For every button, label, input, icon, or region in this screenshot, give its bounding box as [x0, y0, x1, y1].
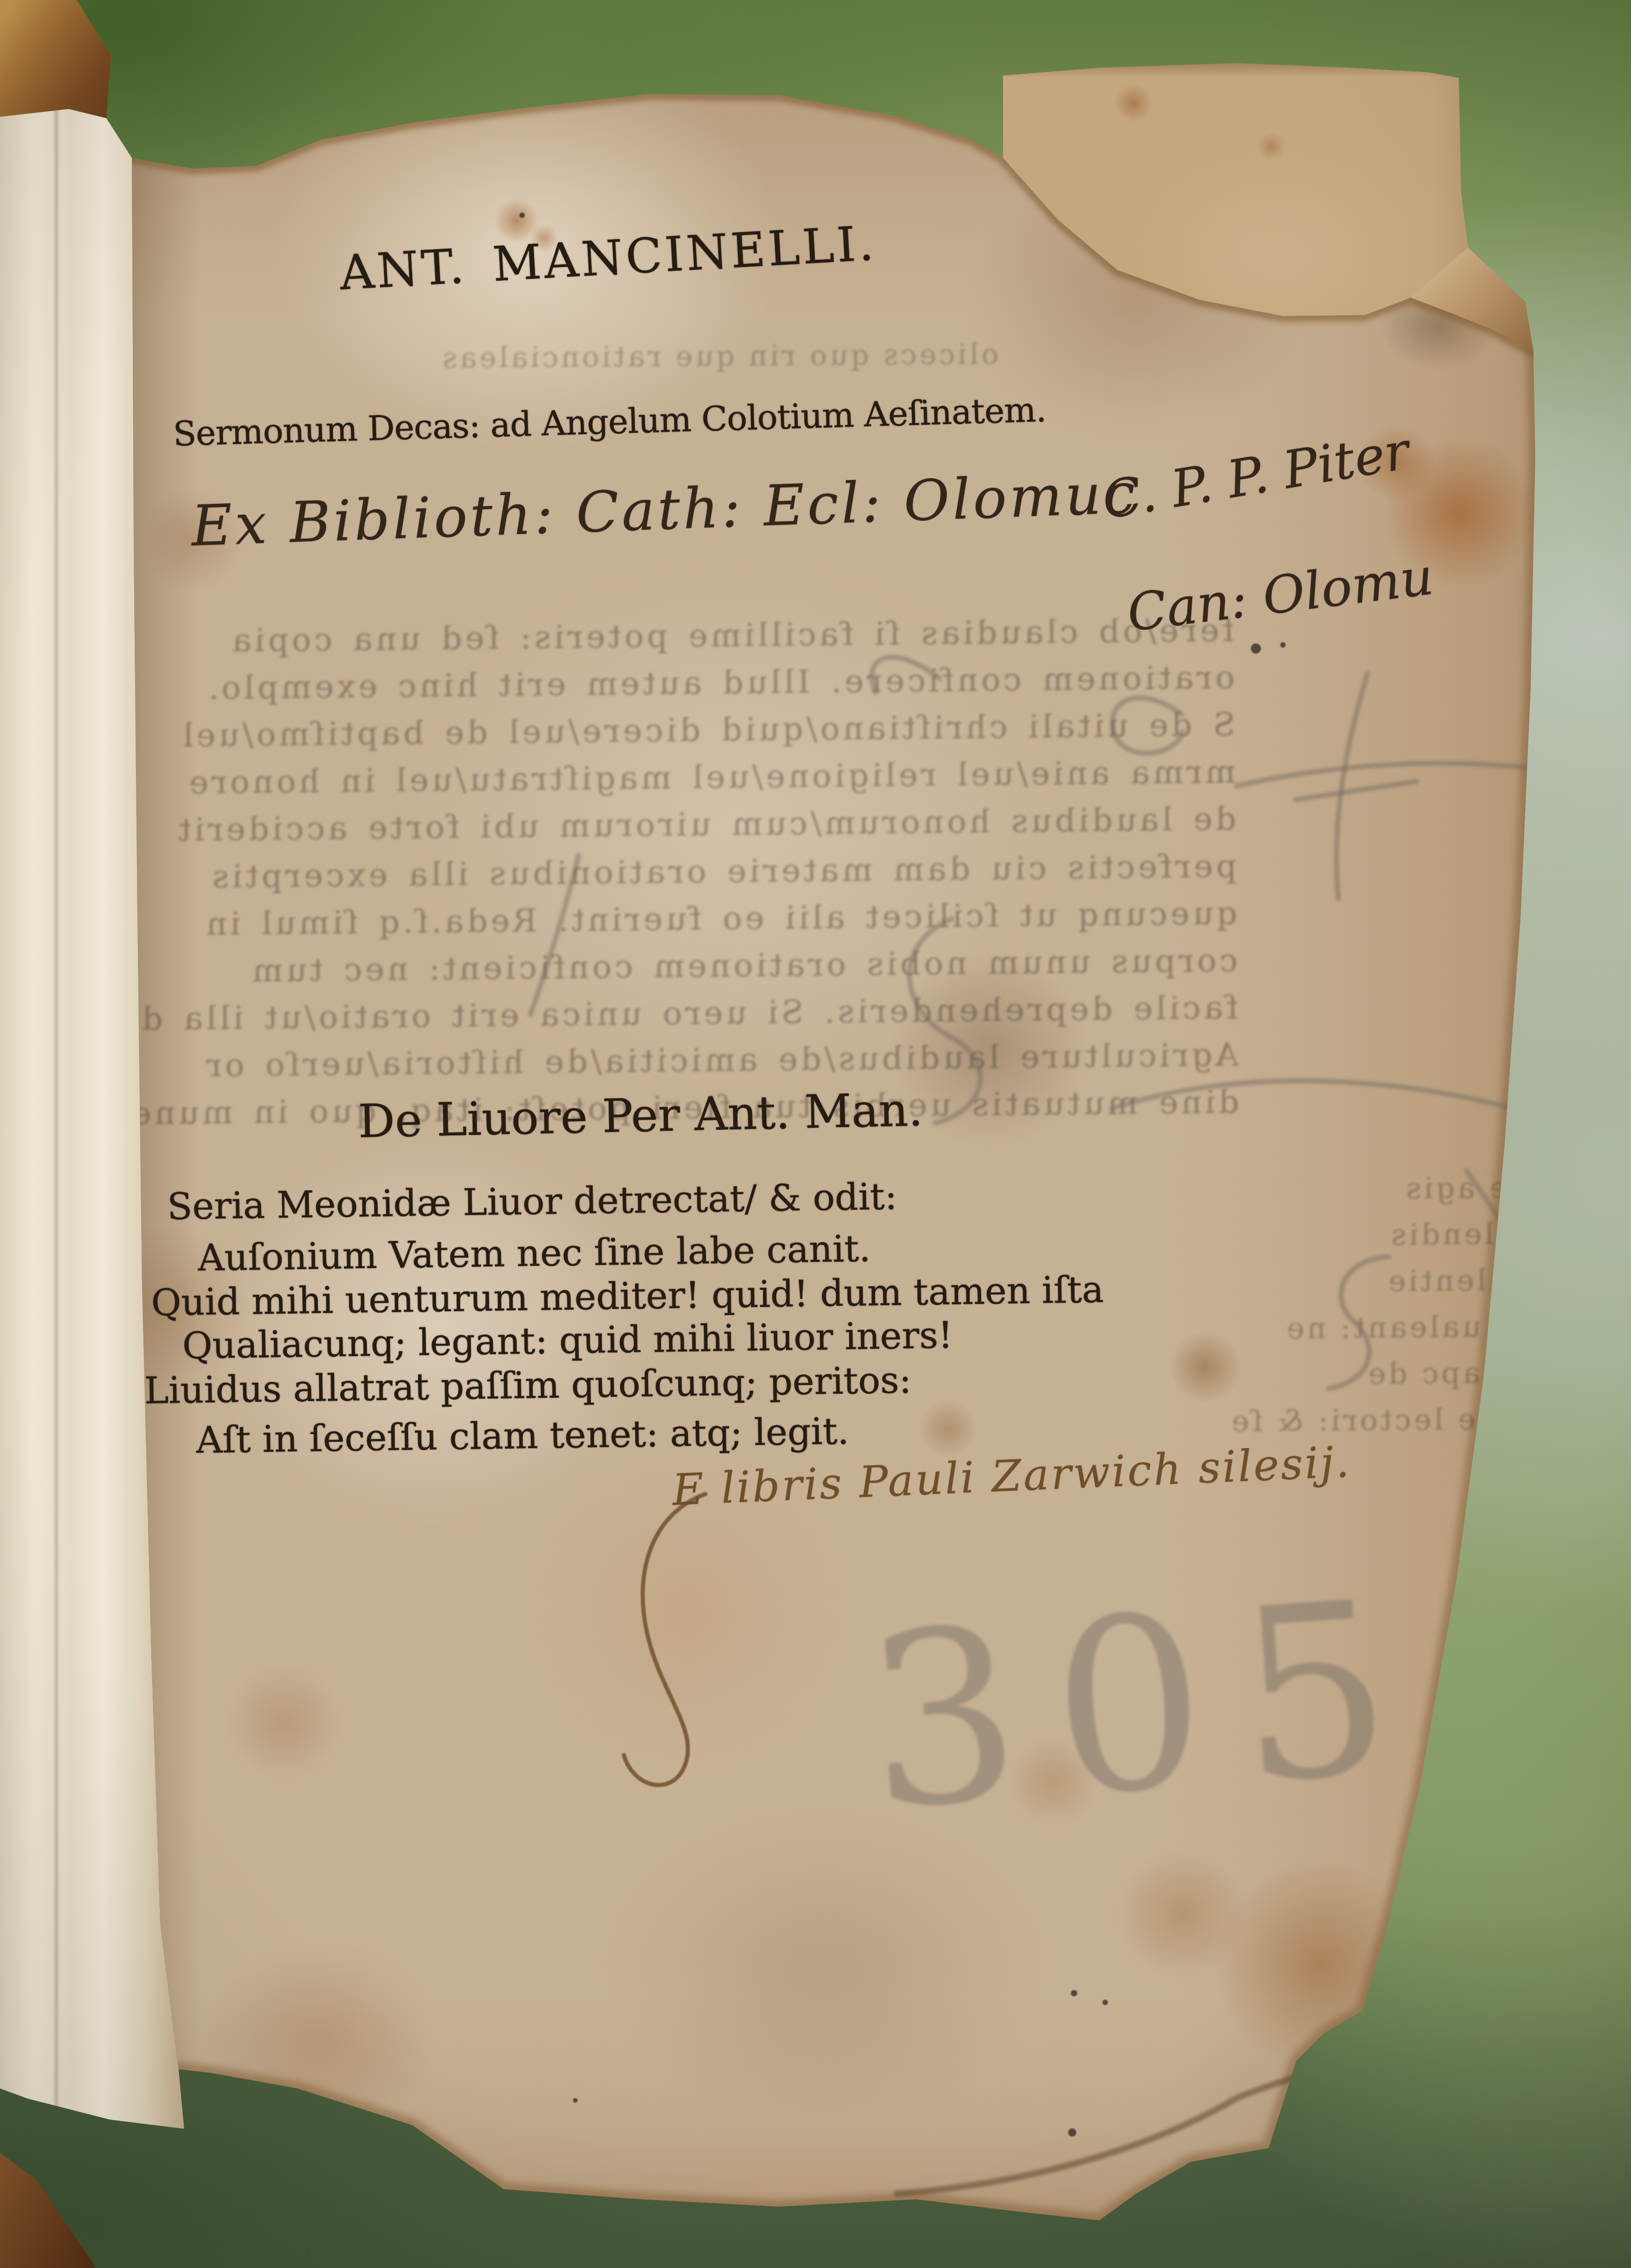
- photo-old-book-title-page: olicecs quo rin que rationcialeas fere/o…: [0, 0, 1631, 2268]
- photo-vignette: [0, 0, 1631, 2268]
